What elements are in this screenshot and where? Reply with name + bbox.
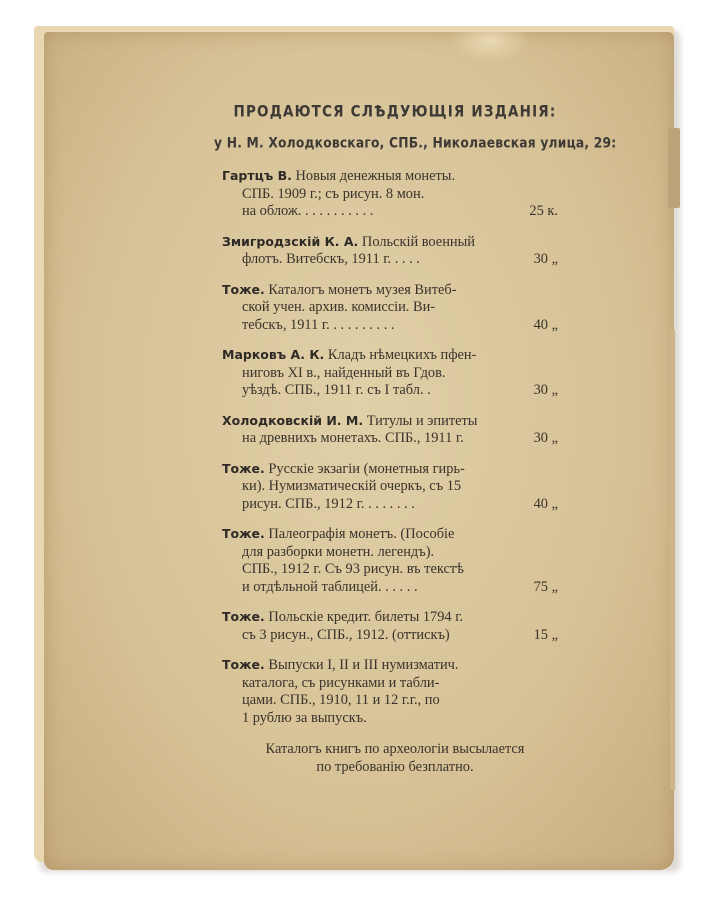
catalog-note-line: Каталогъ книгъ по археологіи высылается [228,741,562,759]
entry-title-line: цами. СПБ., 1910, 11 и 12 г.г., по [222,692,562,710]
entry-title-line: ской учен. архив. комиссіи. Ви- [222,299,562,317]
entry-title-line: Палеографія монетъ. (Пособіе [268,526,454,542]
entry-author: Тоже. [222,657,265,672]
paper-crease [450,32,530,62]
document-content: ПРОДАЮТСЯ СЛѢДУЮЩІЯ ИЗДАНІЯ: у Н. М. Хол… [222,104,562,776]
entry-author: Змигродзскій К. А. [222,234,358,249]
publication-entry: Гартцъ В. Новыя денежныя монеты. СПБ. 19… [222,167,562,221]
publication-entry: Тоже. Польскіе кредит. билеты 1794 г. съ… [222,608,562,644]
entry-title-line: Выпуски I, II и III нумизматич. [268,657,458,673]
entry-title-line: для разборки монетн. легендъ). [222,544,562,562]
entry-title-line: Польскіе кредит. билеты 1794 г. [268,609,463,625]
entry-author: Тоже. [222,609,265,624]
entry-title-line: Новыя денежныя монеты. [296,168,456,184]
publication-entry: Холодковскій И. М. Титулы и эпитеты на д… [222,412,562,448]
entry-price: 40 „ [534,317,558,335]
entry-price: 30 „ [534,251,558,269]
entry-title-line: на древнихъ монетахъ. СПБ., 1911 г. [242,430,464,446]
page-heading: ПРОДАЮТСЯ СЛѢДУЮЩІЯ ИЗДАНІЯ: [228,103,562,121]
entry-author: Тоже. [222,282,265,297]
entry-title-line: ниговъ XI в., найденный въ Гдов. [222,365,562,383]
publication-entry: Марковъ А. К. Кладъ нѣмецкихъ пфен- ниго… [222,346,562,400]
catalog-note-line: по требованію безплатно. [228,759,562,777]
entry-author: Гартцъ В. [222,168,292,183]
entry-author: Марковъ А. К. [222,347,324,362]
entry-title-line: Титулы и эпитеты [367,413,478,429]
entry-title-line: флотъ. Витебскъ, 1911 г. . . . . [242,251,420,267]
entry-title-line: Кладъ нѣмецкихъ пфен- [328,347,477,363]
entry-title-line: СПБ. 1909 г.; съ рисун. 8 мон. [222,186,562,204]
entry-title-line: на облож. . . . . . . . . . . [242,203,373,219]
entry-title-line: 1 рублю за выпускъ. [222,710,562,728]
entry-title-line: уѣздѣ. СПБ., 1911 г. съ I табл. . [242,382,431,398]
entry-price: 15 „ [534,627,558,645]
entry-title-line: рисун. СПБ., 1912 г. . . . . . . . [242,496,415,512]
entry-price: 25 к. [529,203,558,221]
publication-entry: Змигродзскій К. А. Польскій военный флот… [222,233,562,269]
publisher-address: у Н. М. Холодковскаго, СПБ., Николаевска… [214,135,562,151]
publication-list: Гартцъ В. Новыя денежныя монеты. СПБ. 19… [222,167,562,727]
entry-author: Тоже. [222,526,265,541]
entry-title-line: ки). Нумизматическій очеркъ, съ 15 [222,478,562,496]
publication-entry: Тоже. Выпуски I, II и III нумизматич. ка… [222,656,562,727]
entry-price: 30 „ [534,382,558,400]
entry-title-line: Каталогъ монетъ музея Витеб- [268,282,456,298]
entry-title-line: и отдѣльной таблицей. . . . . . [242,579,418,595]
publication-entry: Тоже. Каталогъ монетъ музея Витеб- ской … [222,281,562,335]
entry-title-line: съ 3 рисун., СПБ., 1912. (оттискъ) [242,627,450,643]
entry-author: Холодковскій И. М. [222,413,363,428]
entry-price: 30 „ [534,430,558,448]
entry-title-line: Русскіе экзагіи (монетныя гирь- [268,461,464,477]
entry-title-line: Польскій военный [362,234,475,250]
entry-title-line: каталога, съ рисунками и табли- [222,675,562,693]
entry-price: 40 „ [534,496,558,514]
torn-edge [668,128,680,208]
entry-title-line: СПБ., 1912 г. Съ 93 рисун. въ текстѣ [222,561,562,579]
catalog-note: Каталогъ книгъ по археологіи высылается … [228,741,562,776]
torn-edge-strip [670,330,675,790]
entry-author: Тоже. [222,461,265,476]
publication-entry: Тоже. Русскіе экзагіи (монетныя гирь- ки… [222,460,562,514]
entry-price: 75 „ [534,579,558,597]
entry-title-line: тебскъ, 1911 г. . . . . . . . . . [242,317,395,333]
publication-entry: Тоже. Палеографія монетъ. (Пособіе для р… [222,525,562,596]
